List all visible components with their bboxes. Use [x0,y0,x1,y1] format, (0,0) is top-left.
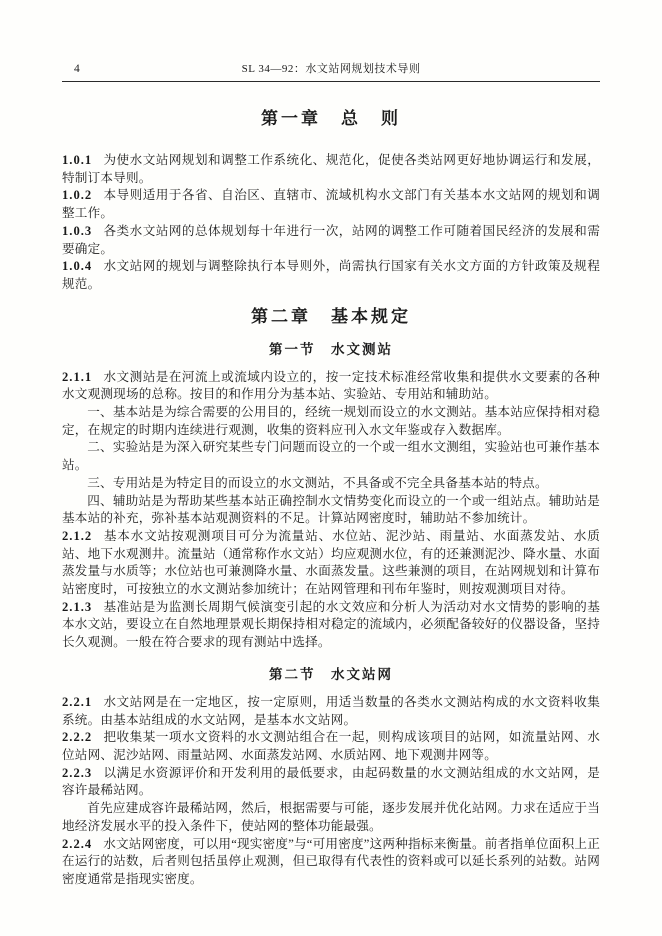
clause-2-1-3: 2.1.3基准站是为监测长周期气候演变引起的水文效应和分析人为活动对水文情势的影… [62,599,600,652]
clause-2-2-3-number: 2.2.3 [62,766,92,780]
clause-1-0-3-number: 1.0.3 [62,224,92,238]
clause-2-2-3: 2.2.3以满足水资源评价和开发利用的最低要求，由起码数量的水文测站组成的水文站… [62,765,600,800]
document-page: 4 SL 34—92：水文站网规划技术导则 第一章 总 则 1.0.1为使水文站… [0,0,662,936]
clause-2-2-1-number: 2.2.1 [62,695,92,709]
clause-2-1-2-text: 基本水文站按观测项目可分为流量站、水位站、泥沙站、雨量站、水面蒸发站、水质站、地… [62,529,600,596]
clause-1-0-1: 1.0.1为使水文站网规划和调整工作系统化、规范化，促使各类站网更好地协调运行和… [62,152,600,187]
section-2-1-title: 第一节 水文测站 [62,342,600,358]
chapter-2-title: 第二章 基本规定 [62,307,600,327]
clause-2-2-3-text: 以满足水资源评价和开发利用的最低要求，由起码数量的水文测站组成的水文站网，是容许… [62,766,600,798]
clause-1-0-2: 1.0.2本导则适用于各省、自治区、直辖市、流域机构水文部门有关基本水文站网的规… [62,187,600,222]
clause-2-2-2-text: 把收集某一项水文资料的水文测站组合在一起，则构成该项目的站网，如流量站网、水位站… [62,730,600,762]
document-body: 第一章 总 则 1.0.1为使水文站网规划和调整工作系统化、规范化，促使各类站网… [62,109,600,889]
station-type-item-2: 二、实验站是为深入研究某些专门问题而设立的一个或一组水文测组，实验站也可兼作基本… [62,439,600,474]
clause-1-0-4: 1.0.4水文站网的规划与调整除执行本导则外，尚需执行国家有关水文方面的方针政策… [62,258,600,293]
clause-1-0-4-number: 1.0.4 [62,259,92,273]
running-title: SL 34—92：水文站网规划技术导则 [62,62,600,76]
running-header: 4 SL 34—92：水文站网规划技术导则 [62,62,600,82]
clause-2-1-3-text: 基准站是为监测长周期气候演变引起的水文效应和分析人为活动对水文情势的影响的基本水… [62,600,600,649]
clause-2-2-2: 2.2.2把收集某一项水文资料的水文测站组合在一起，则构成该项目的站网，如流量站… [62,729,600,764]
clause-2-1-2-number: 2.1.2 [62,529,92,543]
clause-1-0-3-text: 各类水文站网的总体规划每十年进行一次，站网的调整工作可随着国民经济的发展和需要确… [62,224,600,256]
clause-2-2-2-number: 2.2.2 [62,730,92,744]
clause-2-1-1: 2.1.1水文测站是在河流上或流域内设立的，按一定技术标准经常收集和提供水文要素… [62,369,600,404]
chapter-1-title: 第一章 总 则 [62,109,600,129]
clause-1-0-2-text: 本导则适用于各省、自治区、直辖市、流域机构水文部门有关基本水文站网的规划和调整工… [62,188,600,220]
clause-1-0-1-text: 为使水文站网规划和调整工作系统化、规范化，促使各类站网更好地协调运行和发展，特制… [62,153,600,185]
clause-2-2-4-number: 2.2.4 [62,837,92,851]
clause-2-1-1-number: 2.1.1 [62,370,92,384]
clause-1-0-4-text: 水文站网的规划与调整除执行本导则外，尚需执行国家有关水文方面的方针政策及规程规范… [62,259,600,291]
clause-2-2-4: 2.2.4水文站网密度，可以用“现实密度”与“可用密度”这两种指标来衡量。前者指… [62,836,600,889]
page-number: 4 [74,62,80,76]
clause-2-1-1-text: 水文测站是在河流上或流域内设立的，按一定技术标准经常收集和提供水文要素的各种水文… [62,370,600,402]
clause-2-2-1-text: 水文站网是在一定地区，按一定原则，用适当数量的各类水文测站构成的水文资料收集系统… [62,695,600,727]
clause-1-0-1-number: 1.0.1 [62,153,92,167]
clause-2-2-1: 2.2.1水文站网是在一定地区，按一定原则，用适当数量的各类水文测站构成的水文资… [62,694,600,729]
clause-2-2-3-note: 首先应建成容许最稀站网，然后，根据需要与可能，逐步发展并优化站网。力求在适应于当… [62,800,600,835]
clause-1-0-2-number: 1.0.2 [62,188,92,202]
section-2-2-title: 第二节 水文站网 [62,667,600,683]
clause-2-1-2: 2.1.2基本水文站按观测项目可分为流量站、水位站、泥沙站、雨量站、水面蒸发站、… [62,528,600,599]
clause-2-2-4-text: 水文站网密度，可以用“现实密度”与“可用密度”这两种指标来衡量。前者指单位面积上… [62,837,600,886]
station-type-item-1: 一、基本站是为综合需要的公用目的，经统一规划而设立的水文测站。基本站应保持相对稳… [62,404,600,439]
clause-2-1-3-number: 2.1.3 [62,600,92,614]
station-type-item-3: 三、专用站是为特定目的而设立的水文测站，不具备或不完全具备基本站的特点。 [62,475,600,493]
station-type-item-4: 四、辅助站是为帮助某些基本站正确控制水文情势变化而设立的一个或一组站点。辅助站是… [62,493,600,528]
clause-1-0-3: 1.0.3各类水文站网的总体规划每十年进行一次，站网的调整工作可随着国民经济的发… [62,223,600,258]
